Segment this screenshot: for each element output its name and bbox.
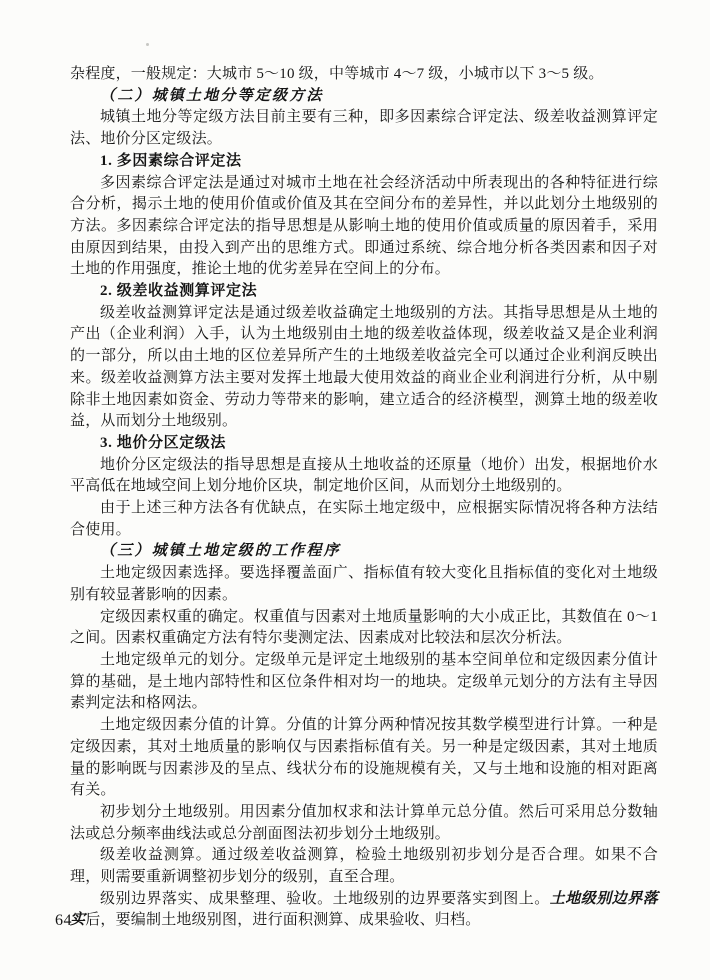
body-paragraph: 土地定级单元的划分。定级单元是评定土地级别的基本空间单位和定级因素分值计算的基础… (70, 650, 658, 715)
body-paragraph: 土地定级因素选择。要选择覆盖面广、指标值有较大变化且指标值的变化对土地级别有较显… (70, 563, 658, 606)
body-paragraph-with-emphasis: 级别边界落实、成果整理、验收。土地级别的边界要落实到图上。土地级别边界落实后，要… (70, 889, 658, 932)
paragraph-text: 级别边界落实、成果整理、验收。土地级别的边界要落实到图上。 (100, 891, 550, 907)
paragraph-text: 后，要编制土地级别图，进行面积测算、成果验收、归档。 (85, 912, 480, 928)
body-paragraph: 土地定级因素分值的计算。分值的计算分两种情况按其数学模型进行计算。一种是定级因素… (70, 715, 658, 802)
scanned-book-page: 杂程度，一般规定：大城市 5～10 级，中等城市 4～7 级，小城市以下 3～5… (0, 0, 710, 980)
subsection-heading-3: 3. 地价分区定级法 (70, 433, 658, 455)
body-paragraph: 定级因素权重的确定。权重值与因素对土地质量影响的大小成正比，其数值在 0～1 之… (70, 607, 658, 650)
subsection-heading-1: 1. 多因素综合评定法 (70, 151, 658, 173)
body-paragraph: 由于上述三种方法各有优缺点，在实际土地定级中，应根据实际情况将各种方法结合使用。 (70, 498, 658, 541)
subsection-heading-2: 2. 级差收益测算评定法 (70, 281, 658, 303)
page-number: 64 (55, 912, 72, 930)
body-paragraph: 地价分区定级法的指导思想是直接从土地收益的还原量（地价）出发，根据地价水平高低在… (70, 455, 658, 498)
section-heading-2: （二）城镇土地分等定级方法 (70, 86, 658, 108)
scan-speck (146, 43, 149, 46)
body-paragraph: 城镇土地分等定级方法目前主要有三种，即多因素综合评定法、级差收益测算评定法、地价… (70, 107, 658, 150)
text-column: 杂程度，一般规定：大城市 5～10 级，中等城市 4～7 级，小城市以下 3～5… (70, 64, 658, 932)
body-paragraph: 级差收益测算评定法是通过级差收益确定土地级别的方法。其指导思想是从土地的产出（企… (70, 303, 658, 433)
paragraph-continuation: 杂程度，一般规定：大城市 5～10 级，中等城市 4～7 级，小城市以下 3～5… (70, 64, 658, 86)
body-paragraph: 多因素综合评定法是通过对城市土地在社会经济活动中所表现出的各种特征进行综合分析，… (70, 173, 658, 282)
body-paragraph: 初步划分土地级别。用因素分值加权求和法计算单元总分值。然后可采用总分数轴法或总分… (70, 802, 658, 845)
body-paragraph: 级差收益测算。通过级差收益测算，检验土地级别初步划分是否合理。如果不合理，则需要… (70, 845, 658, 888)
section-heading-3: （三）城镇土地定级的工作程序 (70, 541, 658, 563)
